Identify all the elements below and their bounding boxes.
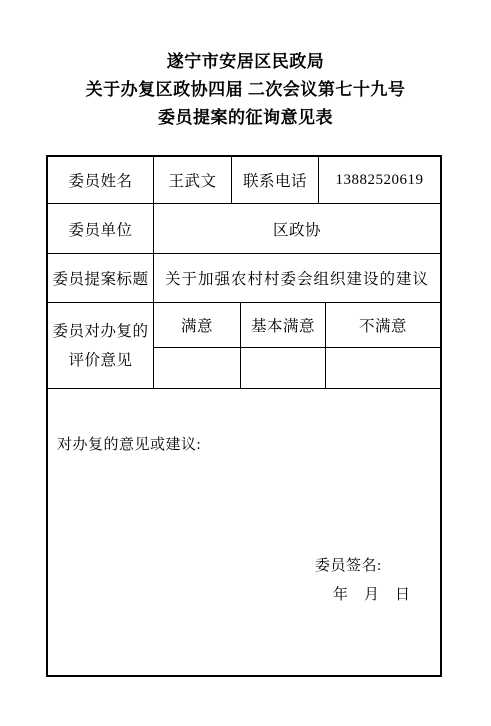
signature-block: 委员签名: 年 月 日 <box>315 552 411 610</box>
member-name-row: 委员姓名 王武文 联系电话 13882520619 <box>48 157 440 204</box>
opinion-suggestion-label: 对办复的意见或建议: <box>57 433 201 454</box>
phone-value: 13882520619 <box>319 157 440 203</box>
option-not-satisfied: 不满意 <box>326 303 440 347</box>
opinion-form-table: 委员姓名 王武文 联系电话 13882520619 委员单位 区政协 委员提案标… <box>46 155 442 677</box>
option-satisfied: 满意 <box>154 303 241 347</box>
proposal-title-value: 关于加强农村村委会组织建设的建议 <box>154 254 440 302</box>
member-name-value: 王武文 <box>154 157 232 203</box>
response-basically-satisfied-cell <box>241 348 326 388</box>
response-satisfied-cell <box>154 348 241 388</box>
evaluation-label-cell: 委员对办复的 评价意见 <box>48 303 154 388</box>
title-line-2: 关于办复区政协四届 二次会议第七十九号 <box>0 76 491 104</box>
evaluation-row: 委员对办复的 评价意见 满意 基本满意 不满意 <box>48 303 440 389</box>
date-line: 年 月 日 <box>333 581 411 610</box>
opinion-suggestion-cell: 对办复的意见或建议: 委员签名: 年 月 日 <box>48 389 440 675</box>
evaluation-options-grid: 满意 基本满意 不满意 <box>154 303 440 388</box>
member-unit-label: 委员单位 <box>48 204 154 253</box>
evaluation-label-line-2: 评价意见 <box>68 346 132 375</box>
option-basically-satisfied: 基本满意 <box>241 303 326 347</box>
proposal-title-label: 委员提案标题 <box>48 254 154 302</box>
response-not-satisfied-cell <box>326 348 440 388</box>
evaluation-options-header: 满意 基本满意 不满意 <box>154 303 440 348</box>
phone-label: 联系电话 <box>232 157 319 203</box>
title-line-1: 遂宁市安居区民政局 <box>0 48 491 76</box>
evaluation-response-cells <box>154 348 440 388</box>
document-title: 遂宁市安居区民政局 关于办复区政协四届 二次会议第七十九号 委员提案的征询意见表 <box>0 48 491 132</box>
member-unit-row: 委员单位 区政协 <box>48 204 440 254</box>
member-unit-value: 区政协 <box>154 204 440 253</box>
evaluation-label-line-1: 委员对办复的 <box>52 317 148 346</box>
member-name-label: 委员姓名 <box>48 157 154 203</box>
proposal-title-row: 委员提案标题 关于加强农村村委会组织建设的建议 <box>48 254 440 303</box>
title-line-3: 委员提案的征询意见表 <box>0 104 491 132</box>
signature-label: 委员签名: <box>315 552 411 581</box>
